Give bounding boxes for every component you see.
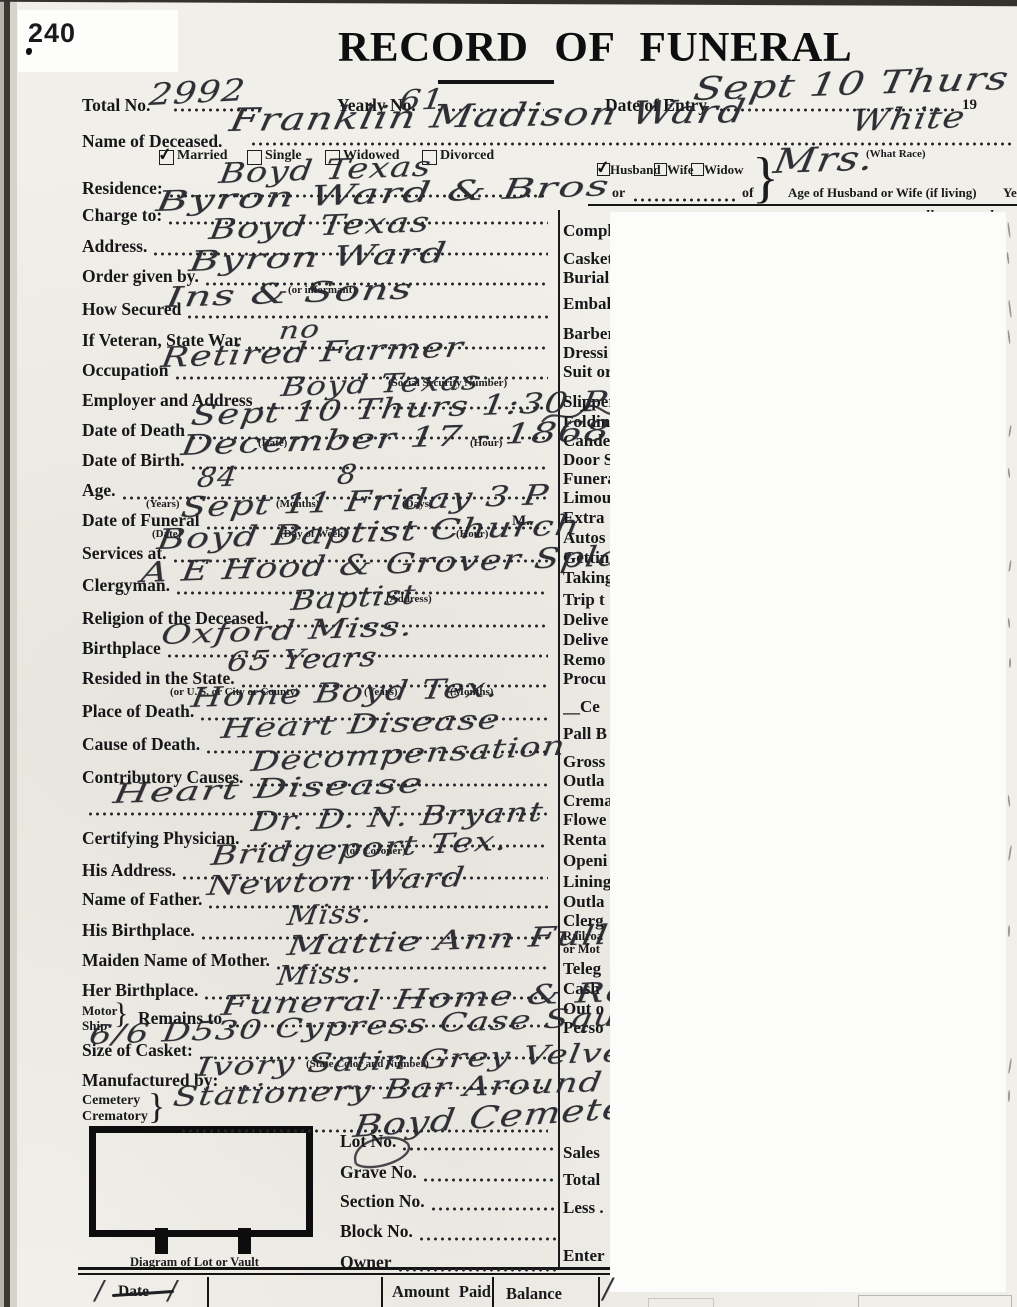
right-column-item: Procu (563, 669, 610, 689)
field-label-his_address: His Address. (82, 860, 176, 881)
pen-mark: / (603, 1272, 613, 1305)
right-column-item: Delive (563, 610, 610, 630)
right-column-item: Less . (563, 1198, 610, 1218)
dotted-leader (418, 1226, 556, 1242)
field-prefix-remains_to: Motor (82, 1003, 117, 1019)
right-column-item: Casket (563, 249, 610, 269)
table-divider (207, 1277, 209, 1307)
table-divider (492, 1277, 494, 1307)
right-column-item: Funera (563, 469, 610, 489)
scan-artifact (1008, 925, 1010, 937)
field-label-his_birthplace: His Birthplace. (82, 920, 195, 941)
right-column-item: Outla (563, 892, 610, 912)
right-column-item: Pall B (563, 724, 610, 744)
scan-edge-top (0, 0, 1017, 6)
right-column-item: Gross (563, 752, 610, 772)
dotted-leader (422, 1167, 556, 1183)
field-value-handwriting-his_birthplace: Miss. (285, 898, 375, 932)
lot-row-label: Owner (340, 1252, 392, 1273)
scan-artifact (1007, 795, 1011, 807)
scan-artifact (648, 1298, 714, 1307)
field-label-place_of_death: Place of Death. (82, 701, 194, 722)
field-label-birthplace: Birthplace (82, 638, 161, 659)
page-number: 240 (28, 18, 76, 49)
right-column-item: Suit or (563, 362, 610, 382)
field-value-handwriting-resided: 65 Years (225, 642, 380, 678)
total-no-label: Total No. (82, 95, 150, 116)
scan-artifact (1006, 252, 1010, 264)
field-label-occupation: Occupation (82, 360, 169, 381)
field-label-cause_of_death: Cause of Death. (82, 734, 200, 755)
table-divider (598, 1277, 600, 1307)
scan-artifact (1008, 845, 1012, 861)
right-column-item: Sales (563, 1143, 610, 1163)
scan-artifact (1008, 1090, 1010, 1102)
right-column-item: Lining (563, 872, 610, 892)
field-label-cemetery: Cemetery (82, 1093, 140, 1109)
right-column-item: Embal (563, 294, 610, 314)
checkbox-widow (691, 163, 704, 176)
lot-row-4: Block No. (340, 1221, 556, 1242)
scan-artifact (1008, 425, 1012, 437)
header-rule (588, 204, 1017, 206)
right-column-item: Openi (563, 851, 610, 871)
pen-scribble (540, 402, 616, 430)
field-label-name_of_father: Name of Father. (82, 889, 202, 910)
field-label-residence: Residence: (82, 178, 163, 199)
checkbox-label-wife: Wife (667, 162, 693, 178)
table-divider (381, 1277, 383, 1307)
right-column-item: Enter (563, 1246, 610, 1266)
brace: } (148, 1088, 165, 1124)
lot-diagram (89, 1126, 313, 1237)
checkbox-label-husband: Husband (610, 162, 661, 178)
right-column-item: __Ce (563, 697, 610, 717)
amount-paid-header: Amount Paid (392, 1282, 491, 1302)
scan-edge-left-shade (10, 0, 17, 1307)
field-label-age: Age. (82, 480, 116, 501)
field-label-date_of_death: Date of Death (82, 420, 185, 441)
age-of-spouse-label: Age of Husband or Wife (if living) (788, 185, 977, 201)
dotted-leader (430, 1196, 556, 1212)
field-label-maiden_name_of_mother: Maiden Name of Mother. (82, 950, 270, 971)
page-title: RECORD OF FUNERAL (338, 24, 852, 72)
funeral-record-scan: 240 RECORD OF FUNERAL Total No. Yearly N… (0, 0, 1017, 1307)
checkbox-label-widow: Widow (704, 162, 744, 178)
right-column-item: Flowe (563, 810, 610, 830)
pen-loop-scribble (344, 1128, 422, 1176)
right-column-item: Door S (563, 450, 610, 470)
right-column-item: Burial (563, 268, 610, 288)
right-column-item: Dressi (563, 343, 610, 363)
lot-diagram-leg (155, 1228, 168, 1254)
scan-artifact (1007, 330, 1011, 344)
scan-artifact (1008, 300, 1012, 318)
field-label-date_of_birth: Date of Birth. (82, 450, 185, 471)
right-column-item: Compl (563, 221, 610, 241)
right-column-item: Crema (563, 791, 610, 811)
lot-diagram-leg (238, 1228, 251, 1254)
lot-row-5: Owner (340, 1252, 556, 1273)
of-label: of (742, 186, 754, 202)
right-column-item: Renta (563, 830, 610, 850)
balance-header: Balance (506, 1284, 562, 1304)
pen-mark: / (95, 1276, 105, 1306)
age-of-spouse-suffix: Ye (1003, 185, 1017, 201)
scan-artifact (1007, 468, 1010, 478)
right-column-item: Teleg (563, 959, 610, 979)
or-leader (632, 186, 738, 203)
scan-artifact (1007, 222, 1011, 238)
checkbox-wife (654, 163, 667, 176)
field-label-her_birthplace: Her Birthplace. (82, 980, 198, 1001)
scan-artifact (1009, 658, 1011, 668)
blank-white-region (610, 212, 1006, 1292)
field-label2-cemetery: Crematory (82, 1109, 148, 1125)
right-column-item: Trip t (563, 590, 610, 610)
right-column-item: Limou (563, 488, 610, 508)
field-label-address: Address. (82, 236, 147, 257)
spouse-title-handwriting: Mrs. (771, 138, 878, 182)
lot-row-label: Section No. (340, 1191, 425, 1212)
lot-row-label: Block No. (340, 1221, 413, 1242)
title-underline (438, 80, 554, 84)
or-label: or (612, 186, 625, 202)
dotted-leader (397, 1257, 556, 1273)
bottom-rule (78, 1273, 638, 1275)
scan-artifact (1008, 1058, 1012, 1074)
checkbox-label-divorced: Divorced (440, 148, 494, 164)
field-label-charge_to: Charge to: (82, 205, 162, 226)
right-column-item: Delive (563, 630, 610, 650)
right-column-item: Total (563, 1170, 610, 1190)
scan-artifact (858, 1295, 1012, 1307)
checkbox-married (159, 150, 174, 165)
lot-row-3: Section No. (340, 1191, 556, 1212)
race-value-handwriting: White (849, 100, 969, 139)
right-column-item: Outla (563, 771, 610, 791)
right-column-item: Remo (563, 650, 610, 670)
scan-artifact (1007, 618, 1010, 628)
scan-artifact (1008, 560, 1012, 572)
field-sublabel-age: (Years) (146, 498, 180, 510)
right-column-item: Barber (563, 324, 610, 344)
